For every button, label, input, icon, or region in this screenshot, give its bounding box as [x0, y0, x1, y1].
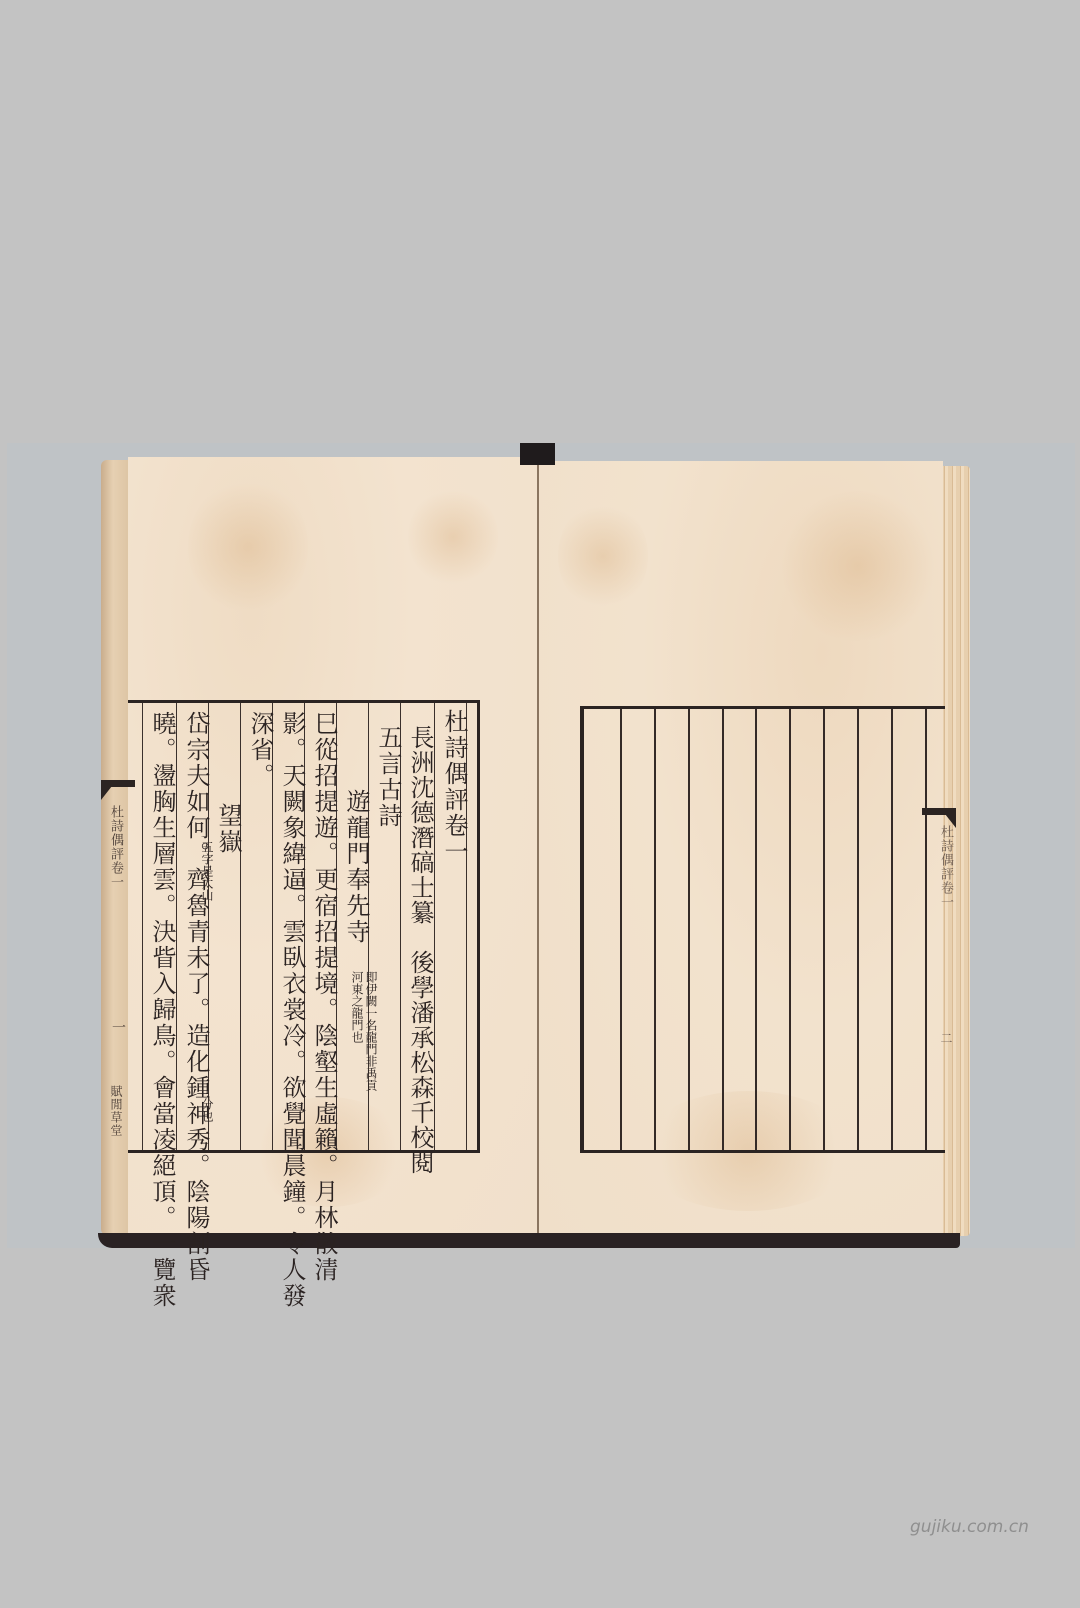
volume-title: 杜詩偶評卷一 — [438, 709, 470, 1144]
poem-line: 巳從招提遊。更宿招提境。陰壑生虛籟。月林散清 — [308, 711, 340, 1144]
poem-line: 影。天闕象緯逼。雲臥衣裳冷。欲覺聞晨鐘。令人發 — [276, 711, 308, 1144]
banxin-title-right: 杜詩偶評卷一 — [936, 825, 955, 935]
gutter-line — [537, 465, 539, 1235]
banxin-page-mark-right: 二 — [938, 1032, 955, 1045]
spine-cover — [520, 443, 555, 465]
poem-note: 分也 — [200, 1098, 214, 1138]
poem-title-wangyue: 望嶽 — [212, 803, 244, 1144]
watermark: gujiku.com.cn — [910, 1517, 1029, 1537]
poem-note: 五字是太山 — [200, 841, 214, 931]
book-cover-bottom — [98, 1233, 960, 1248]
left-text-frame: 杜詩偶評卷一 長洲沈德潛碻士纂 後學潘承松森千校閱 五言古詩 遊龍門奉先寺 即伊… — [128, 700, 480, 1153]
right-text-frame — [580, 706, 945, 1153]
banxin-page-number: 一 — [108, 1020, 128, 1035]
poem-line: 深省。 — [244, 711, 276, 1144]
poem-note-longmen: 即伊闕一名龍門非禹貢河東之龍門也 — [350, 971, 378, 1101]
poem-line: 曉。盪胸生層雲。決眥入歸鳥。會當凌絕頂。一覽衆 — [146, 711, 178, 1144]
banxin-studio: 賦閒草堂 — [108, 1085, 125, 1137]
compiler-credit: 長洲沈德潛碻士纂 後學潘承松森千校閱 — [404, 725, 436, 1144]
banxin-title: 杜詩偶評卷一 — [106, 805, 125, 905]
